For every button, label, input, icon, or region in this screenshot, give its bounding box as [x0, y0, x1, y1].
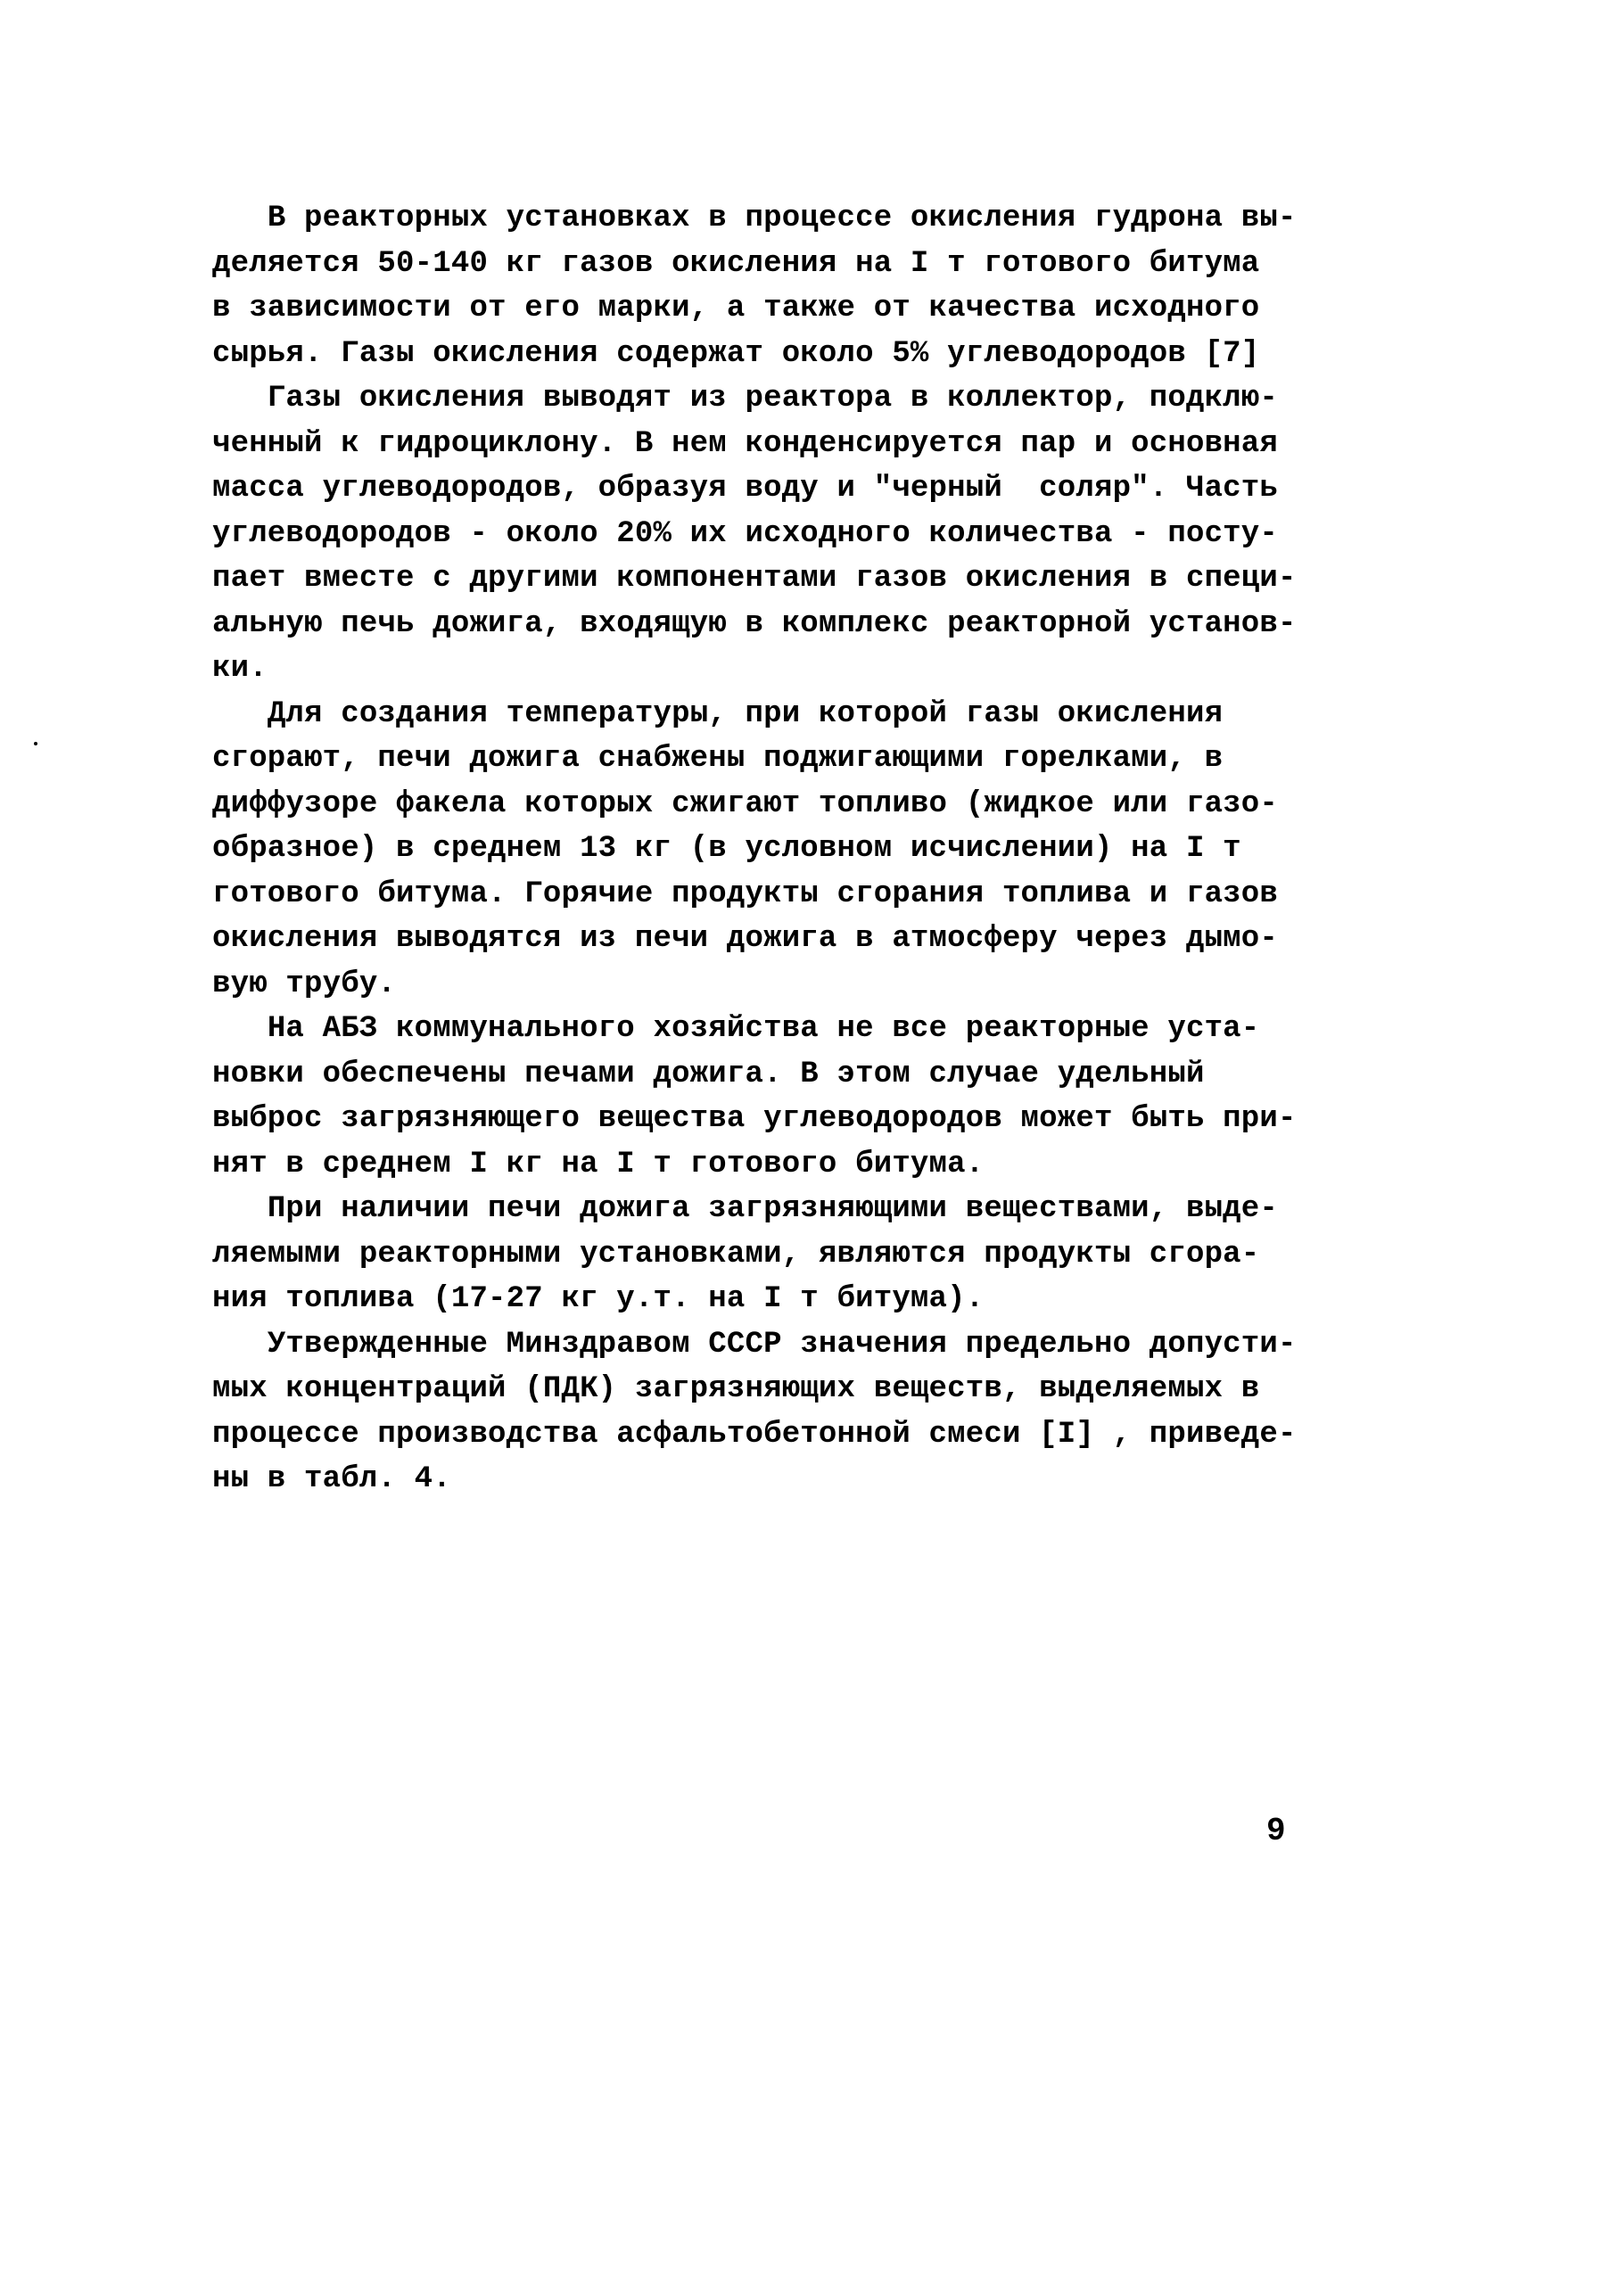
document-page: В реакторных установках в процессе окисл… — [0, 0, 1607, 2296]
paragraph-reactor-emissions: В реакторных установках в процессе окисл… — [212, 196, 1363, 376]
paragraph-with-afterburner: При наличии печи дожига загрязняющими ве… — [212, 1187, 1363, 1322]
paragraph-pdk-limits: Утвержденные Минздравом СССР значения пр… — [212, 1322, 1363, 1502]
paragraph-gas-collector: Газы окисления выводят из реактора в кол… — [212, 376, 1363, 692]
paragraph-abz-no-afterburner: На АБЗ коммунального хозяйства не все ре… — [212, 1007, 1363, 1187]
page-number: 9 — [1266, 1814, 1286, 1849]
body-text: В реакторных установках в процессе окисл… — [212, 196, 1363, 1502]
paragraph-afterburner-temperature: Для создания температуры, при которой га… — [212, 692, 1363, 1008]
scan-noise-speck — [34, 742, 37, 745]
